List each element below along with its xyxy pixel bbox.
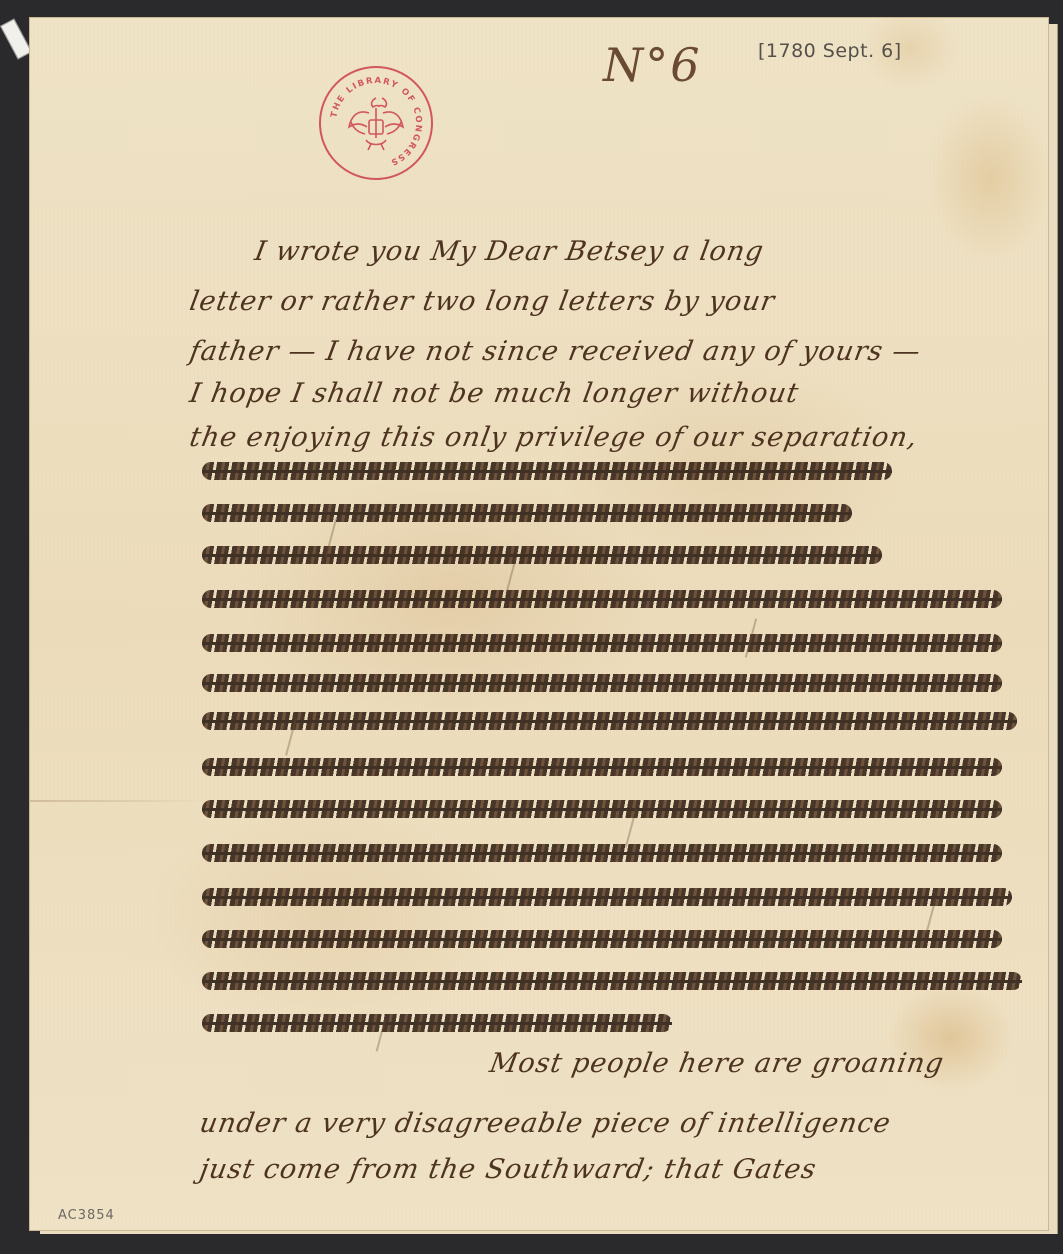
struck-line xyxy=(202,674,1002,692)
letter-line: just come from the Southward; that Gates xyxy=(197,1154,819,1185)
letter-line: letter or rather two long letters by you… xyxy=(187,286,777,317)
struck-line xyxy=(202,930,1002,948)
fold-crease xyxy=(30,800,210,802)
letter-line: Most people here are groaning xyxy=(487,1048,946,1079)
letter-line: under a very disagreeable piece of intel… xyxy=(197,1108,893,1139)
struck-line xyxy=(202,800,1002,818)
letter-line: I hope I shall not be much longer withou… xyxy=(187,378,801,409)
letter-page: THE LIBRARY OF CONGRESS N°6 [1780 Sept. … xyxy=(30,18,1048,1230)
struck-line xyxy=(202,504,852,522)
letter-line: father — I have not since received any o… xyxy=(187,336,923,367)
struck-line xyxy=(202,462,892,480)
catalog-number: AC3854 xyxy=(58,1208,115,1223)
struck-line xyxy=(202,590,1002,608)
struck-line xyxy=(202,546,882,564)
eagle-seal-icon: THE LIBRARY OF CONGRESS xyxy=(321,68,431,178)
struck-line xyxy=(202,634,1002,652)
struck-line xyxy=(202,758,1002,776)
struck-line xyxy=(202,844,1002,862)
struck-line xyxy=(202,972,1022,990)
struck-line xyxy=(202,888,1012,906)
date-annotation: [1780 Sept. 6] xyxy=(758,40,902,62)
library-of-congress-stamp: THE LIBRARY OF CONGRESS xyxy=(319,66,433,180)
letter-line: I wrote you My Dear Betsey a long xyxy=(252,236,766,267)
mount-corner-tab xyxy=(0,18,32,59)
struck-line xyxy=(202,1014,672,1032)
document-number: N°6 xyxy=(603,38,702,92)
letter-line: the enjoying this only privilege of our … xyxy=(187,422,920,453)
struck-line xyxy=(202,712,1017,730)
